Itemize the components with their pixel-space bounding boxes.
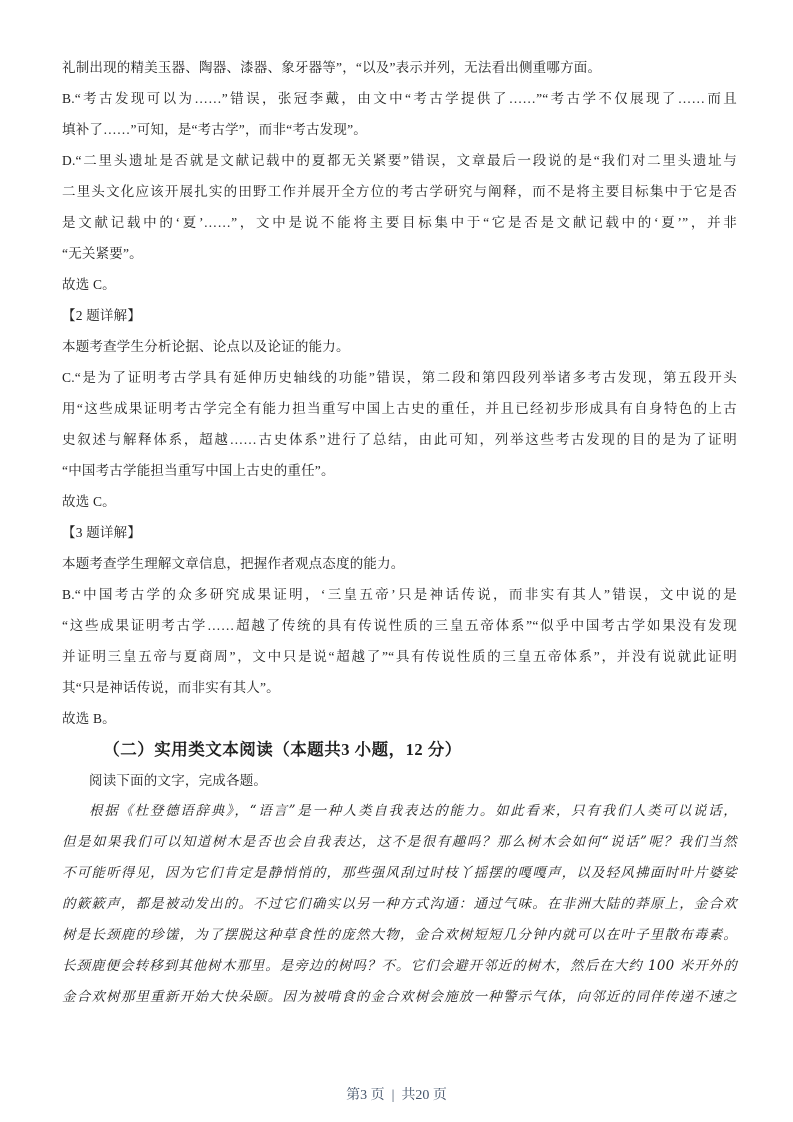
q3-option-b-analysis-line-3: 并证明三皇五帝与夏商周”，文中只是说“超越了”“具有传说性质的三皇五帝体系”，并… <box>62 641 737 672</box>
q2-option-c-analysis-line-3: 史叙述与解释体系，超越……古史体系”进行了总结，由此可知，列举这些考古发现的目的… <box>62 424 737 455</box>
q2-option-c-analysis: C.“是为了证明考古学具有延伸历史轴线的功能”错误，第二段和第四段列举诸多考古发… <box>62 362 737 486</box>
q2-conclusion-line-1: 故选 C。 <box>62 486 737 517</box>
reading-passage-line-6: 长颈鹿便会转移到其他树木那里。是旁边的树吗？不。它们会避开邻近的树木，然后在大约… <box>62 951 737 982</box>
reading-instruction-line-1: 阅读下面的文字，完成各题。 <box>62 765 737 796</box>
q3-ability-note: 本题考查学生理解文章信息，把握作者观点态度的能力。 <box>62 548 737 579</box>
document-page: 礼制出现的精美玉器、陶器、漆器、象牙器等”，“以及”表示并列，无法看出侧重哪方面… <box>0 0 793 1122</box>
footer-separator: | <box>392 1088 395 1103</box>
reading-passage: 根据《杜登德语辞典》，“语言”是一种人类自我表达的能力。如此看来，只有我们人类可… <box>62 796 737 1013</box>
q2-ability-note-line-1: 本题考查学生分析论据、论点以及论证的能力。 <box>62 331 737 362</box>
document-content: 礼制出现的精美玉器、陶器、漆器、象牙器等”，“以及”表示并列，无法看出侧重哪方面… <box>62 52 737 1013</box>
reading-passage-line-1: 根据《杜登德语辞典》，“语言”是一种人类自我表达的能力。如此看来，只有我们人类可… <box>62 796 737 827</box>
q2-conclusion: 故选 C。 <box>62 486 737 517</box>
answer-option-d-line-1: D.“二里头遗址是否就是文献记载中的夏都无关紧要”错误，文章最后一段说的是“我们… <box>62 145 737 176</box>
q2-ability-note: 本题考查学生分析论据、论点以及论证的能力。 <box>62 331 737 362</box>
q2-detail-heading-line-1: 【2 题详解】 <box>62 300 737 331</box>
answer-option-d-line-4: “无关紧要”。 <box>62 238 737 269</box>
q3-ability-note-line-1: 本题考查学生理解文章信息，把握作者观点态度的能力。 <box>62 548 737 579</box>
page-total-label: 共20 页 <box>401 1088 447 1103</box>
page-number-label: 第3 页 <box>346 1088 385 1103</box>
q3-option-b-analysis: B.“中国考古学的众多研究成果证明，‘三皇五帝’只是神话传说，而非实有其人”错误… <box>62 579 737 703</box>
answer-1-conclusion: 故选 C。 <box>62 269 737 300</box>
reading-passage-line-2: 但是如果我们可以知道树木是否也会自我表达，这不是很有趣吗？那么树木会如何“说话”… <box>62 827 737 858</box>
section-2-heading-line-1: （二）实用类文本阅读（本题共3 小题，12 分） <box>62 734 737 765</box>
reading-passage-line-5: 树是长颈鹿的珍馐，为了摆脱这种草食性的庞然大物，金合欢树短短几分钟内就可以在叶子… <box>62 920 737 951</box>
q3-detail-heading-line-1: 【3 题详解】 <box>62 517 737 548</box>
answer-a-tail: 礼制出现的精美玉器、陶器、漆器、象牙器等”，“以及”表示并列，无法看出侧重哪方面… <box>62 52 737 83</box>
q3-option-b-analysis-line-4: 其“只是神话传说，而非实有其人”。 <box>62 672 737 703</box>
reading-passage-line-3: 不可能听得见，因为它们肯定是静悄悄的，那些强风刮过时枝丫摇摆的嘎嘎声，以及轻风拂… <box>62 858 737 889</box>
section-2-heading: （二）实用类文本阅读（本题共3 小题，12 分） <box>62 734 737 765</box>
q3-detail-heading: 【3 题详解】 <box>62 517 737 548</box>
q3-conclusion: 故选 B。 <box>62 703 737 734</box>
q2-detail-heading: 【2 题详解】 <box>62 300 737 331</box>
reading-passage-line-7: 金合欢树那里重新开始大快朵颐。因为被啃食的金合欢树会施放一种警示气体，向邻近的同… <box>62 982 737 1013</box>
answer-option-d-line-2: 二里头文化应该开展扎实的田野工作并展开全方位的考古学研究与阐释，而不是将主要目标… <box>62 176 737 207</box>
answer-option-d-line-3: 是文献记载中的‘夏’……”，文中是说不能将主要目标集中于“它是否是文献记载中的‘… <box>62 207 737 238</box>
answer-option-b-line-1: B.“考古发现可以为……”错误，张冠李戴，由文中“考古学提供了……”“考古学不仅… <box>62 83 737 114</box>
answer-option-b-line-2: 填补了……”可知，是“考古学”，而非“考古发现”。 <box>62 114 737 145</box>
q3-conclusion-line-1: 故选 B。 <box>62 703 737 734</box>
answer-1-conclusion-line-1: 故选 C。 <box>62 269 737 300</box>
answer-option-b: B.“考古发现可以为……”错误，张冠李戴，由文中“考古学提供了……”“考古学不仅… <box>62 83 737 145</box>
q2-option-c-analysis-line-2: 用“这些成果证明考古学完全有能力担当重写中国上古史的重任，并且已经初步形成具有自… <box>62 393 737 424</box>
answer-a-tail-line-1: 礼制出现的精美玉器、陶器、漆器、象牙器等”，“以及”表示并列，无法看出侧重哪方面… <box>62 52 737 83</box>
q2-option-c-analysis-line-1: C.“是为了证明考古学具有延伸历史轴线的功能”错误，第二段和第四段列举诸多考古发… <box>62 362 737 393</box>
q2-option-c-analysis-line-4: “中国考古学能担当重写中国上古史的重任”。 <box>62 455 737 486</box>
q3-option-b-analysis-line-1: B.“中国考古学的众多研究成果证明，‘三皇五帝’只是神话传说，而非实有其人”错误… <box>62 579 737 610</box>
reading-passage-line-4: 的簌簌声，都是被动发出的。不过它们确实以另一种方式沟通：通过气味。在非洲大陆的莽… <box>62 889 737 920</box>
answer-option-d: D.“二里头遗址是否就是文献记载中的夏都无关紧要”错误，文章最后一段说的是“我们… <box>62 145 737 269</box>
q3-option-b-analysis-line-2: “这些成果证明考古学……超越了传统的具有传说性质的三皇五帝体系”“似乎中国考古学… <box>62 610 737 641</box>
reading-instruction: 阅读下面的文字，完成各题。 <box>62 765 737 796</box>
page-footer: 第3 页|共20 页 <box>0 1086 793 1106</box>
